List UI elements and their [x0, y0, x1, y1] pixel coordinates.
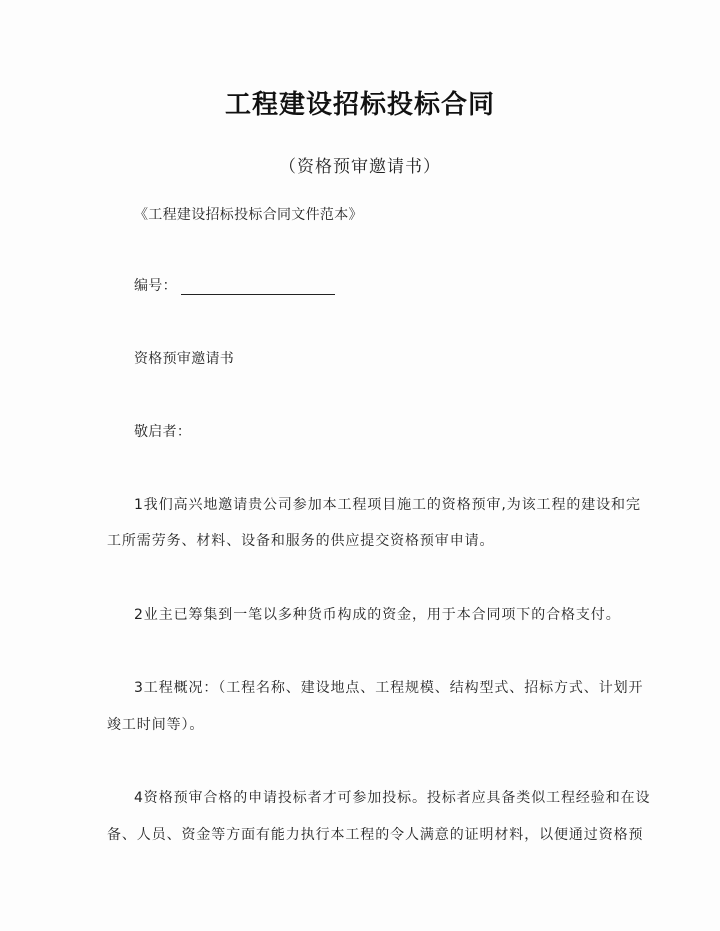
section-heading: 资格预审邀请书 [134, 348, 234, 368]
paragraph-3-line-1: 3工程概况：（工程名称、建设地点、工程规模、结构型式、招标方式、计划开 [134, 677, 615, 697]
paragraph-3-line-2: 竣工时间等）。 [107, 714, 615, 734]
document-title: 工程建设招标投标合同 [0, 84, 720, 121]
paragraph-4-line-1: 4资格预审合格的申请投标者才可参加投标。投标者应具备类似工程经验和在设 [134, 787, 615, 807]
salutation: 敬启者： [134, 421, 191, 441]
document-page: 工程建设招标投标合同 （资格预审邀请书） 《工程建设招标投标合同文件范本》 编号… [0, 0, 720, 931]
number-field: 编号： [134, 275, 335, 295]
document-subtitle: （资格预审邀请书） [0, 152, 720, 177]
paragraph-1-line-2: 工所需劳务、材料、设备和服务的供应提交资格预审申请。 [107, 530, 615, 550]
paragraph-2-line-1: 2业主已筹集到一笔以多种货币构成的资金，用于本合同项下的合格支付。 [134, 604, 615, 624]
paragraph-4-line-2: 备、人员、资金等方面有能力执行本工程的令人满意的证明材料，以便通过资格预 [107, 824, 615, 844]
number-blank-underline [181, 280, 335, 295]
template-name: 《工程建设招标投标合同文件范本》 [134, 204, 363, 224]
paragraph-1-line-1: 1我们高兴地邀请贵公司参加本工程项目施工的资格预审,为该工程的建设和完 [134, 494, 615, 514]
number-label: 编号： [134, 278, 177, 294]
